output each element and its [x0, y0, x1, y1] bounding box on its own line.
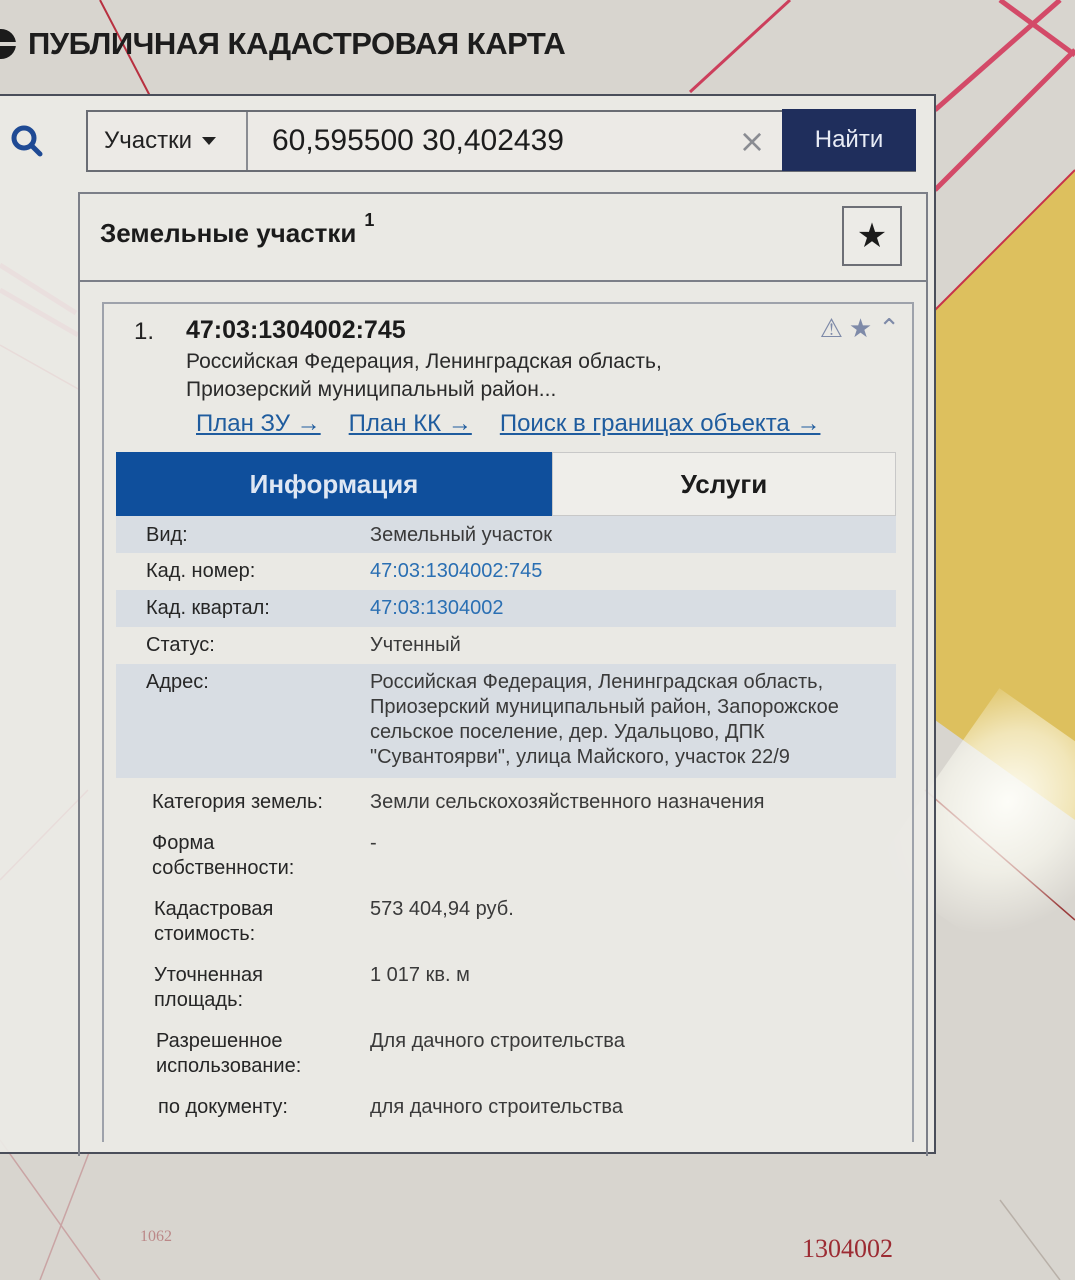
logo-icon[interactable] [0, 29, 16, 59]
plan-zu-link[interactable]: План ЗУ → [196, 410, 321, 438]
tab-services[interactable]: Услуги [552, 452, 896, 516]
info-row-by-document: по документу: для дачного строительства [116, 1087, 896, 1128]
info-value: Для дачного строительства [370, 1029, 896, 1079]
info-value: Российская Федерация, Ленинградская обла… [370, 670, 896, 770]
search-icon[interactable] [10, 124, 44, 158]
results-count: 1 [364, 210, 374, 230]
parcel-number-label: 1062 [140, 1228, 172, 1246]
info-row-address: Адрес: Российская Федерация, Ленинградск… [116, 664, 896, 778]
category-dropdown[interactable]: Участки [88, 112, 248, 170]
cad-number-link[interactable]: 47:03:1304002:745 [370, 559, 896, 584]
result-card: 1. 47:03:1304002:745 Российская Федераци… [102, 302, 914, 1142]
clear-icon[interactable]: × [722, 122, 782, 160]
info-value: для дачного строительства [370, 1095, 896, 1120]
info-value: 573 404,94 руб. [370, 897, 896, 947]
result-index: 1. [134, 318, 154, 346]
info-label: Статус: [116, 633, 370, 658]
info-label: Кадастровая стоимость: [116, 897, 316, 947]
parcel-shape [935, 170, 1075, 820]
card-tabs: Информация Услуги [116, 452, 896, 516]
result-short-address: Российская Федерация, Ленинградская обла… [186, 348, 786, 404]
info-row-cad-number: Кад. номер: 47:03:1304002:745 [116, 553, 896, 590]
info-label: Уточненная площадь: [116, 963, 316, 1013]
results-title: Земельные участки1 [100, 218, 374, 249]
search-box: Участки × Найти [86, 110, 916, 172]
coordinates-input[interactable] [248, 111, 722, 171]
find-button[interactable]: Найти [782, 109, 916, 171]
star-icon: ★ [857, 216, 887, 256]
info-table: Вид: Земельный участок Кад. номер: 47:03… [116, 516, 896, 1128]
info-label: Форма собственности: [116, 831, 346, 881]
category-value: Участки [104, 127, 192, 155]
search-in-bounds-link[interactable]: Поиск в границах объекта → [500, 410, 821, 438]
quarter-number-label: 1304002 [802, 1234, 893, 1264]
card-links: План ЗУ → План КК → Поиск в границах объ… [196, 410, 820, 438]
plan-kk-link[interactable]: План КК → [349, 410, 472, 438]
info-value: - [370, 831, 896, 881]
info-row-ownership: Форма собственности: - [116, 823, 896, 889]
info-label: Вид: [116, 523, 370, 548]
info-row-type: Вид: Земельный участок [116, 516, 896, 553]
search-panel: Участки × Найти Земельные участки1 ★ 1. … [0, 94, 936, 1154]
info-row-land-category: Категория земель: Земли сельскохозяйстве… [116, 778, 896, 823]
chevron-down-icon [202, 137, 216, 145]
info-label: Разрешенное использование: [116, 1029, 316, 1079]
info-value: Учтенный [370, 633, 896, 658]
warning-icon[interactable]: ⚠ [820, 314, 843, 344]
info-label: Кад. квартал: [116, 596, 370, 621]
result-cad-number[interactable]: 47:03:1304002:745 [186, 316, 406, 345]
info-label: Адрес: [116, 670, 370, 770]
info-value: Земли сельскохозяйственного назначения [370, 790, 896, 815]
app-header: ПУБЛИЧНАЯ КАДАСТРОВАЯ КАРТА [0, 18, 700, 70]
info-row-permitted-use: Разрешенное использование: Для дачного с… [116, 1021, 896, 1087]
cad-quarter-link[interactable]: 47:03:1304002 [370, 596, 896, 621]
search-row: Участки × Найти [0, 110, 934, 172]
info-label: Категория земель: [116, 790, 370, 815]
app-title: ПУБЛИЧНАЯ КАДАСТРОВАЯ КАРТА [28, 26, 565, 62]
star-icon[interactable]: ★ [849, 314, 872, 344]
results-header: Земельные участки1 ★ [80, 194, 926, 282]
info-label: Кад. номер: [116, 559, 370, 584]
card-actions: ⚠ ★ ⌃ [820, 314, 900, 344]
info-value: Земельный участок [370, 523, 896, 548]
info-row-cadastral-value: Кадастровая стоимость: 573 404,94 руб. [116, 889, 896, 955]
info-row-cad-quarter: Кад. квартал: 47:03:1304002 [116, 590, 896, 627]
info-row-area: Уточненная площадь: 1 017 кв. м [116, 955, 896, 1021]
info-value: 1 017 кв. м [370, 963, 896, 1013]
results-panel: Земельные участки1 ★ 1. 47:03:1304002:74… [78, 192, 928, 1156]
results-title-text: Земельные участки [100, 218, 356, 248]
chevron-up-icon[interactable]: ⌃ [878, 314, 900, 344]
info-label: по документу: [116, 1095, 370, 1120]
favorites-button[interactable]: ★ [842, 206, 902, 266]
info-row-status: Статус: Учтенный [116, 627, 896, 664]
tab-information[interactable]: Информация [116, 452, 552, 516]
